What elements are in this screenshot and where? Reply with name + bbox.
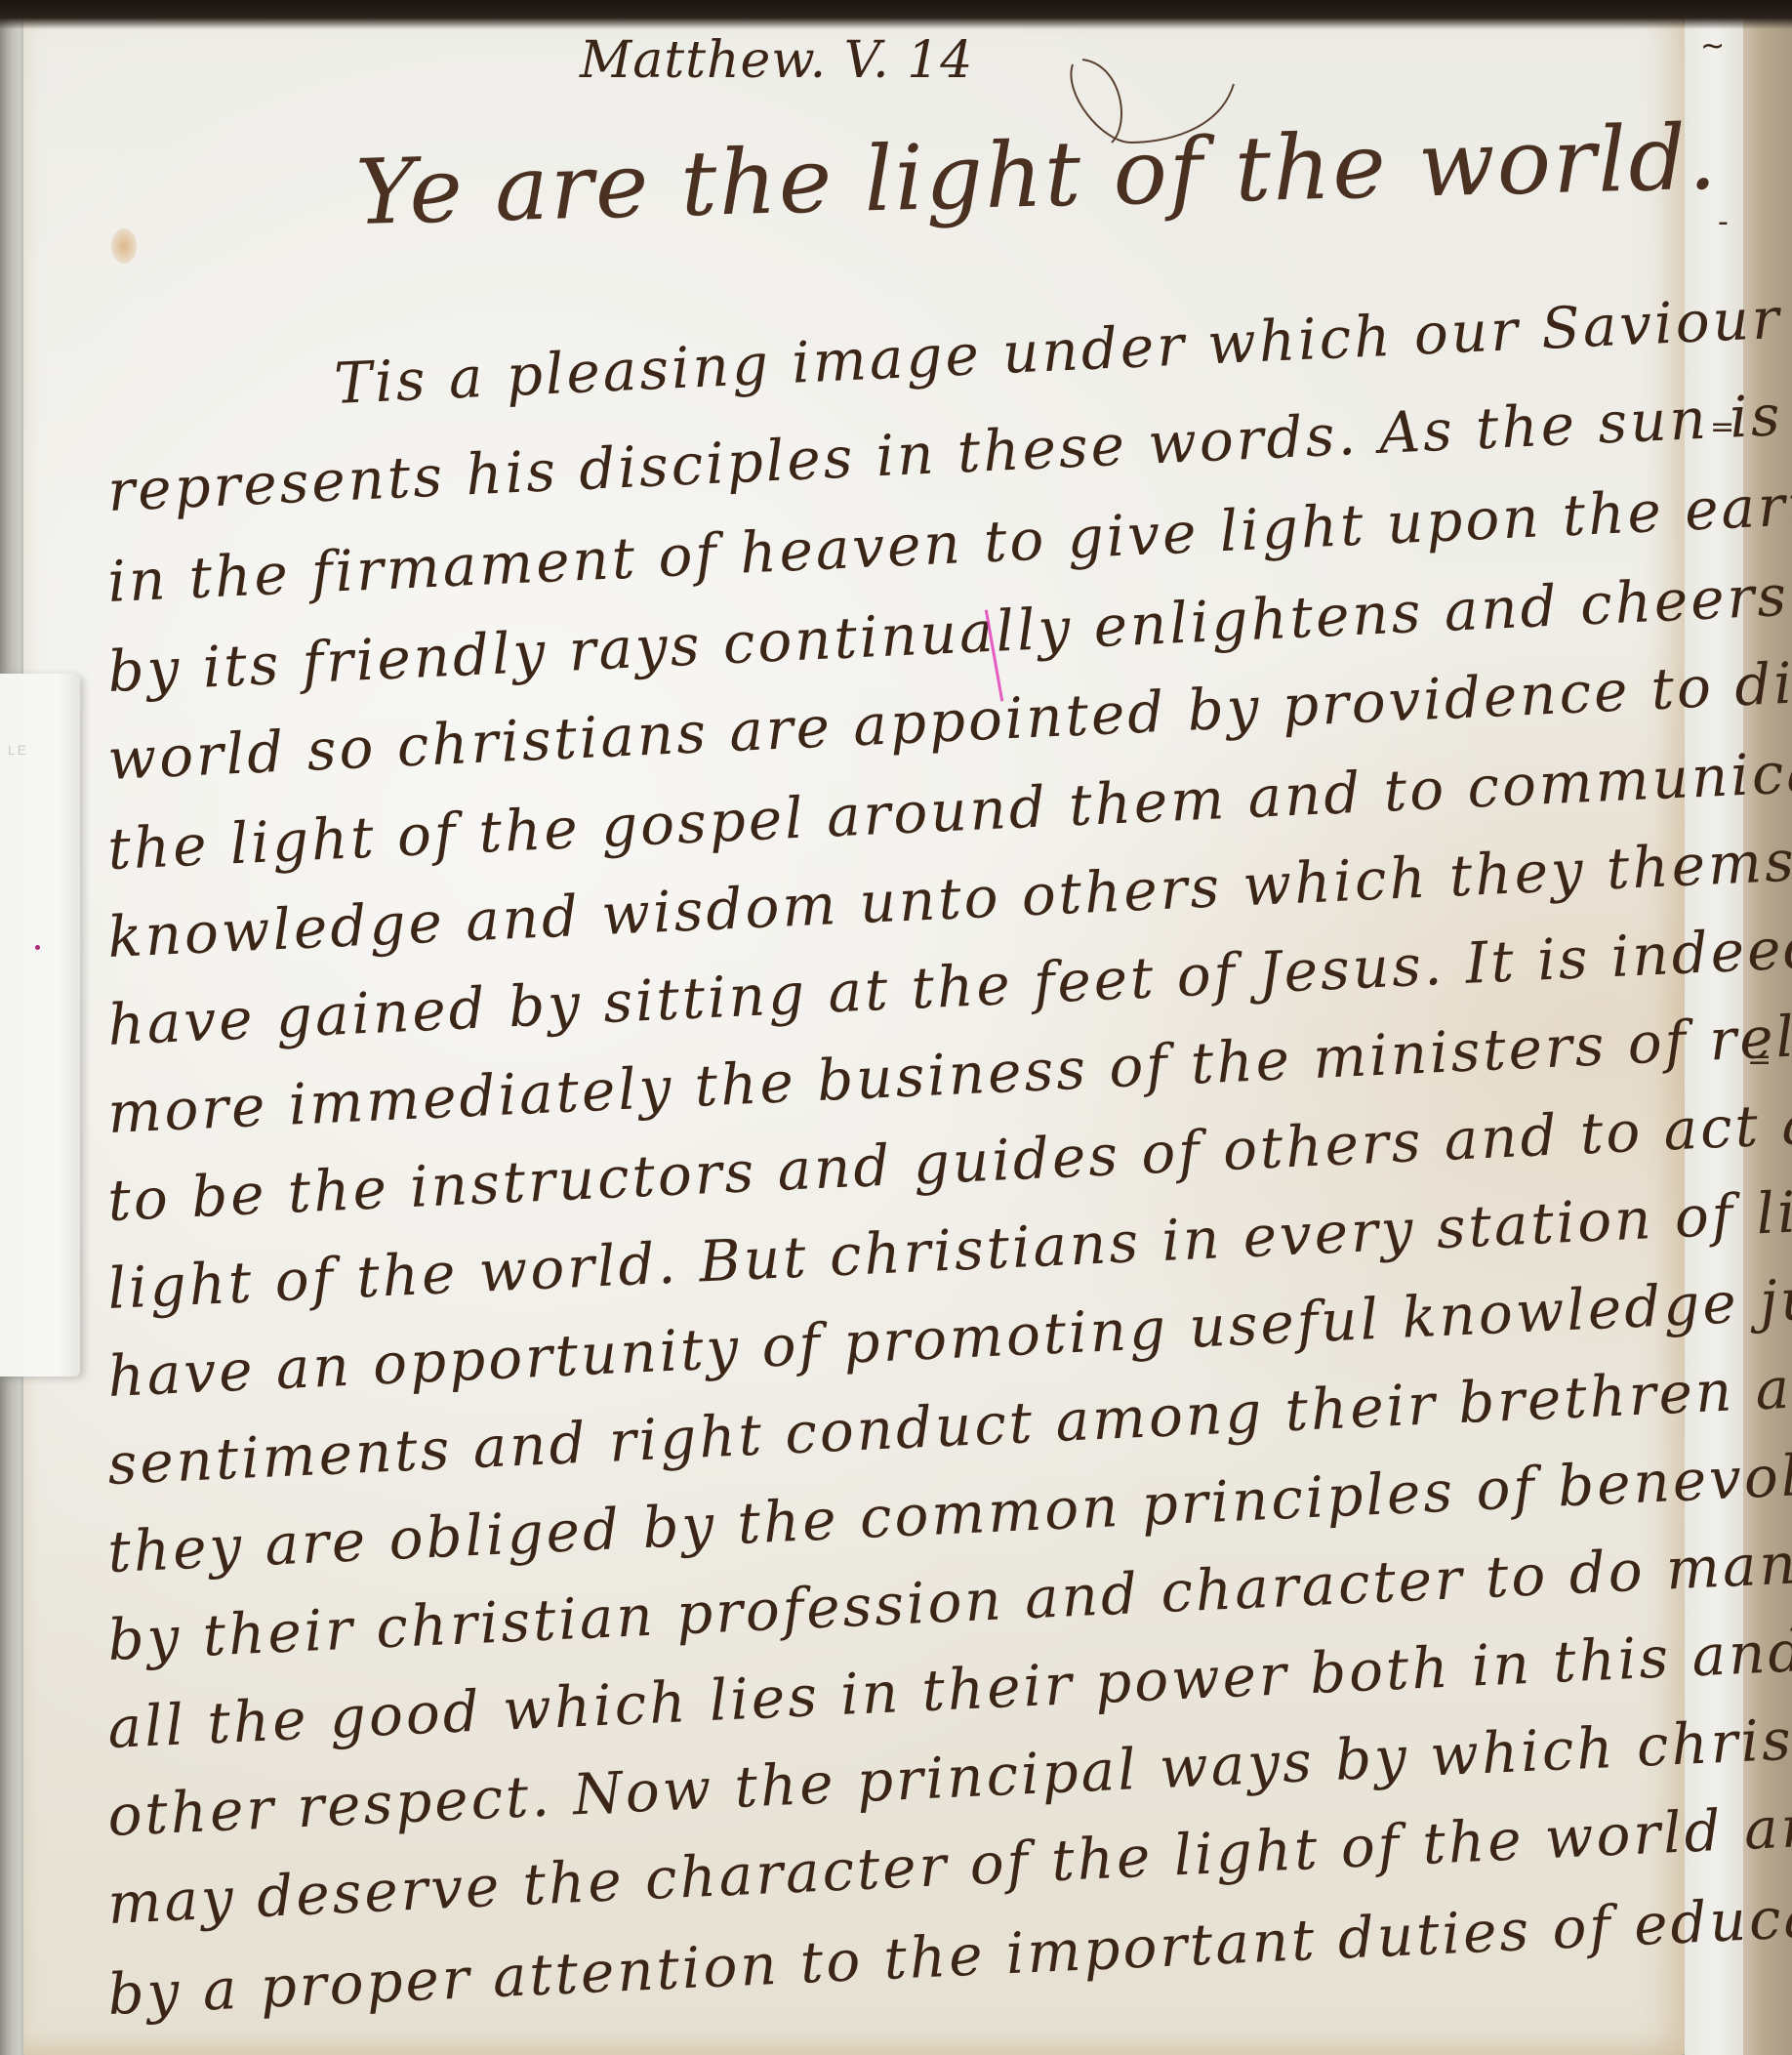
margin-mark: - [1718, 205, 1729, 239]
scripture-reference-heading: Matthew. V. 14 [580, 31, 973, 90]
scripture-quote-title: Ye are the light of the world. [354, 104, 1720, 245]
paper-bookmark-slip: LE [0, 674, 80, 1377]
top-shadow [0, 0, 1792, 29]
margin-mark: ~ [1700, 29, 1725, 63]
margin-mark: = [1710, 410, 1734, 444]
manuscript-page: Matthew. V. 14 Ye are the light of the w… [23, 14, 1685, 2055]
foxing-stain [111, 228, 137, 264]
slip-ink-dot [35, 945, 40, 950]
margin-mark: = [1747, 1043, 1772, 1077]
slip-faint-text: LE [8, 742, 28, 758]
